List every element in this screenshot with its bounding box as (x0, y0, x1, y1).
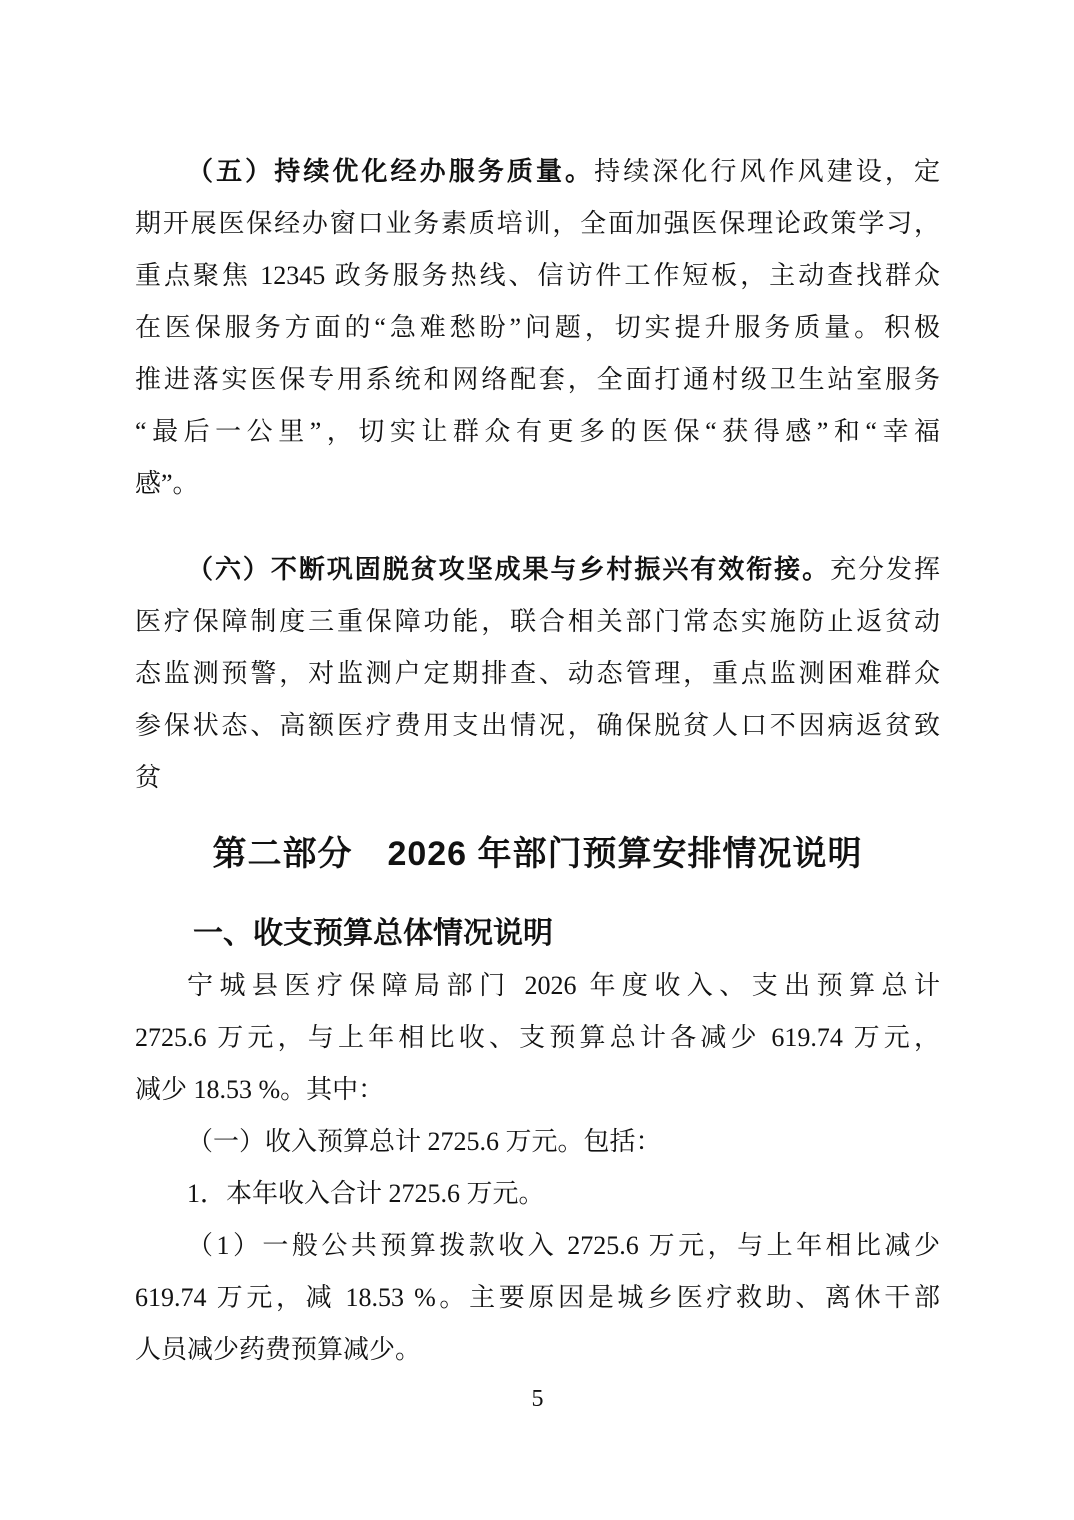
text-line: 贫 (135, 752, 940, 804)
body-text: 贫 (135, 763, 161, 792)
body-text: （一）收入预算总计 2725.6 万元。包括： (187, 1127, 662, 1156)
paragraph: 宁城县医疗保障局部门 2026 年度收入、支出预算总计2725.6 万元，与上年… (135, 960, 940, 1116)
text-line: “最后一公里”，切实让群众有更多的医保“获得感”和“幸福 (135, 406, 940, 458)
text-line: 参保状态、高额医疗费用支出情况，确保脱贫人口不因病返贫致 (135, 700, 940, 752)
document-body: （五）持续优化经办服务质量。持续深化行风作风建设，定期开展医保经办窗口业务素质培… (135, 146, 940, 1376)
paragraph: （1）一般公共预算拨款收入 2725.6 万元，与上年相比减少619.74 万元… (135, 1220, 940, 1376)
text-line: 人员减少药费预算减少。 (135, 1324, 940, 1376)
body-text: 持续深化行风作风建设，定 (594, 157, 940, 186)
paragraph: （一）收入预算总计 2725.6 万元。包括： (135, 1116, 940, 1168)
subsection-heading: 一、收支预算总体情况说明 (135, 908, 940, 960)
body-text: 人员减少药费预算减少。 (135, 1335, 421, 1364)
bold-lead-text: （六）不断巩固脱贫攻坚成果与乡村振兴有效衔接。 (187, 555, 830, 584)
text-line: 减少 18.53 %。其中： (135, 1064, 940, 1116)
text-line: 医疗保障制度三重保障功能，联合相关部门常态实施防止返贫动 (135, 596, 940, 648)
text-line: 感”。 (135, 458, 940, 510)
body-text: 减少 18.53 %。其中： (135, 1075, 384, 1104)
text-line: 推进落实医保专用系统和网络配套，全面打通村级卫生站室服务 (135, 354, 940, 406)
body-text: 医疗保障制度三重保障功能，联合相关部门常态实施防止返贫动 (135, 607, 940, 636)
body-text: 1．本年收入合计 2725.6 万元。 (187, 1179, 545, 1208)
document-page: （五）持续优化经办服务质量。持续深化行风作风建设，定期开展医保经办窗口业务素质培… (0, 0, 1074, 1414)
body-text: 2725.6 万元，与上年相比收、支预算总计各减少 619.74 万元， (135, 1023, 940, 1052)
body-text: 推进落实医保专用系统和网络配套，全面打通村级卫生站室服务 (135, 365, 940, 394)
page-number: 5 (135, 1384, 940, 1414)
bold-lead-text: （五）持续优化经办服务质量。 (187, 157, 594, 186)
body-text: 重点聚焦 12345 政务服务热线、信访件工作短板，主动查找群众 (135, 261, 940, 290)
paragraph: 1．本年收入合计 2725.6 万元。 (135, 1168, 940, 1220)
text-line: 619.74 万元，减 18.53 %。主要原因是城乡医疗救助、离休干部 (135, 1272, 940, 1324)
body-text: 宁城县医疗保障局部门 2026 年度收入、支出预算总计 (187, 971, 940, 1000)
body-text: 期开展医保经办窗口业务素质培训，全面加强医保理论政策学习， (135, 209, 940, 238)
text-line: 期开展医保经办窗口业务素质培训，全面加强医保理论政策学习， (135, 198, 940, 250)
text-line: （一）收入预算总计 2725.6 万元。包括： (135, 1116, 940, 1168)
text-line: 态监测预警，对监测户定期排查、动态管理，重点监测困难群众 (135, 648, 940, 700)
paragraph: （五）持续优化经办服务质量。持续深化行风作风建设，定期开展医保经办窗口业务素质培… (135, 146, 940, 510)
text-line: （六）不断巩固脱贫攻坚成果与乡村振兴有效衔接。充分发挥 (135, 544, 940, 596)
section-heading: 第二部分 2026 年部门预算安排情况说明 (135, 824, 940, 884)
body-text: 参保状态、高额医疗费用支出情况，确保脱贫人口不因病返贫致 (135, 711, 940, 740)
text-line: （五）持续优化经办服务质量。持续深化行风作风建设，定 (135, 146, 940, 198)
text-line: （1）一般公共预算拨款收入 2725.6 万元，与上年相比减少 (135, 1220, 940, 1272)
body-text: “最后一公里”，切实让群众有更多的医保“获得感”和“幸福 (135, 417, 940, 446)
body-text: 态监测预警，对监测户定期排查、动态管理，重点监测困难群众 (135, 659, 940, 688)
body-text: 619.74 万元，减 18.53 %。主要原因是城乡医疗救助、离休干部 (135, 1283, 940, 1312)
body-text: 在医保服务方面的“急难愁盼”问题，切实提升服务质量。积极 (135, 313, 940, 342)
text-line: 重点聚焦 12345 政务服务热线、信访件工作短板，主动查找群众 (135, 250, 940, 302)
text-line: 宁城县医疗保障局部门 2026 年度收入、支出预算总计 (135, 960, 940, 1012)
body-text: 感”。 (135, 469, 199, 498)
text-line: 1．本年收入合计 2725.6 万元。 (135, 1168, 940, 1220)
body-text: 充分发挥 (830, 555, 940, 584)
body-text: （1）一般公共预算拨款收入 2725.6 万元，与上年相比减少 (187, 1231, 940, 1260)
text-line: 2725.6 万元，与上年相比收、支预算总计各减少 619.74 万元， (135, 1012, 940, 1064)
paragraph: （六）不断巩固脱贫攻坚成果与乡村振兴有效衔接。充分发挥医疗保障制度三重保障功能，… (135, 544, 940, 804)
text-line: 在医保服务方面的“急难愁盼”问题，切实提升服务质量。积极 (135, 302, 940, 354)
